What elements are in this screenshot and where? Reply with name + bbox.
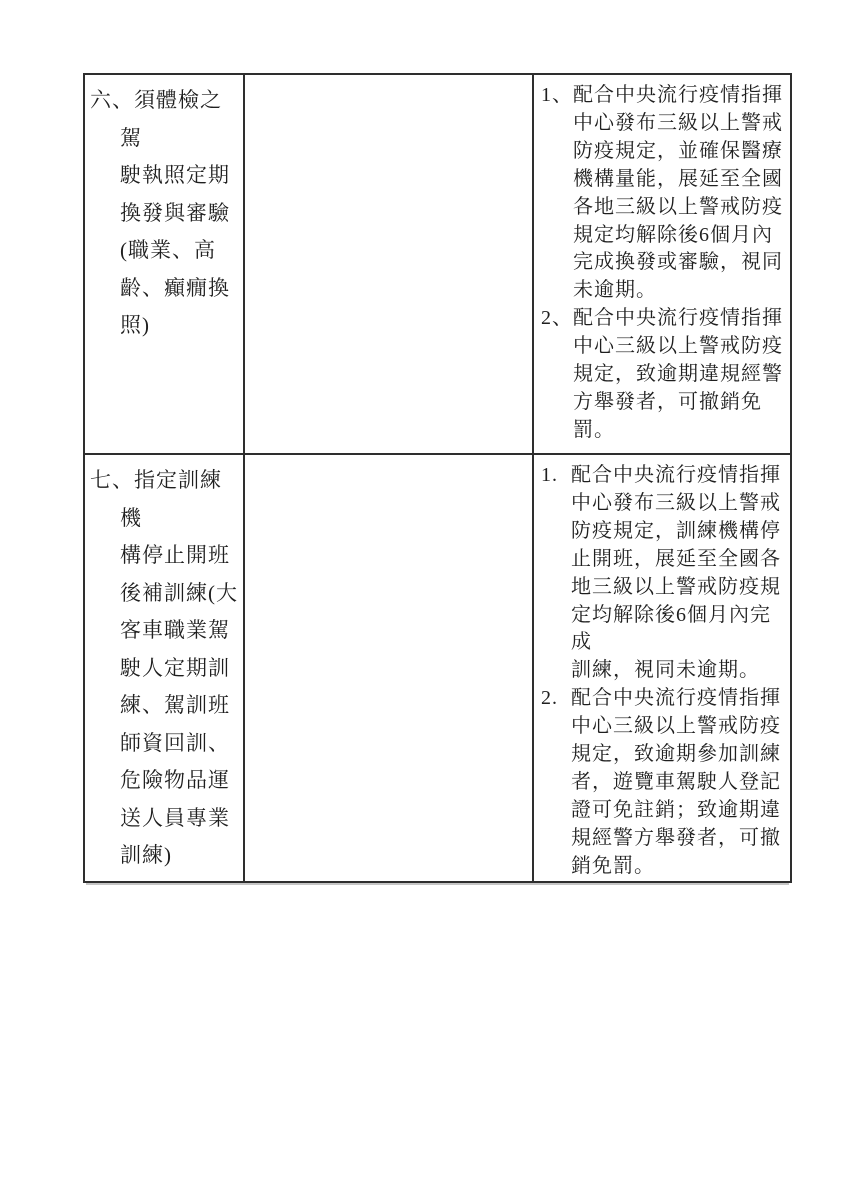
table-row-six: 六、須體檢之駕 駛執照定期 換發與審驗 (職業、高 齡、癲癇換 照) 1、 配合… — [84, 74, 791, 454]
scanned-document-page: 六、須體檢之駕 駛執照定期 換發與審驗 (職業、高 齡、癲癇換 照) 1、 配合… — [0, 0, 848, 1200]
item-marker: 2、 — [541, 305, 573, 333]
detail-cell-six: 1、 配合中央流行疫情指揮 中心發布三級以上警戒 防疫規定，並確保醫療 機構量能… — [533, 74, 791, 454]
empty-middle-cell-six — [244, 74, 533, 454]
item-text: 配合中央流行疫情指揮 中心三級以上警戒防疫 規定，致逾期參加訓練 者，遊覽車駕駛… — [571, 685, 789, 880]
list-item: 1、 配合中央流行疫情指揮 中心發布三級以上警戒 防疫規定，並確保醫療 機構量能… — [541, 82, 789, 305]
item-text: 配合中央流行疫情指揮 中心發布三級以上警戒 防疫規定，並確保醫療 機構量能，展延… — [573, 82, 789, 305]
detail-cell-seven: 1. 配合中央流行疫情指揮 中心發布三級以上警戒 防疫規定，訓練機構停 止開班，… — [533, 454, 791, 882]
topic-cell-seven: 七、指定訓練機 構停止開班 後補訓練(大 客車職業駕 駛人定期訓 練、駕訓班 師… — [84, 454, 244, 882]
table-row-seven: 七、指定訓練機 構停止開班 後補訓練(大 客車職業駕 駛人定期訓 練、駕訓班 師… — [84, 454, 791, 882]
list-item: 2. 配合中央流行疫情指揮 中心三級以上警戒防疫 規定，致逾期參加訓練 者，遊覽… — [541, 685, 789, 880]
item-text: 配合中央流行疫情指揮 中心發布三級以上警戒 防疫規定，訓練機構停 止開班，展延至… — [571, 462, 789, 685]
row-title-six: 六、須體檢之駕 駛執照定期 換發與審驗 (職業、高 齡、癲癇換 照) — [90, 82, 240, 345]
list-item: 1. 配合中央流行疫情指揮 中心發布三級以上警戒 防疫規定，訓練機構停 止開班，… — [541, 462, 789, 685]
item-text: 配合中央流行疫情指揮 中心三級以上警戒防疫 規定，致逾期違規經警 方舉發者，可撤… — [573, 305, 789, 445]
row-title-seven: 七、指定訓練機 構停止開班 後補訓練(大 客車職業駕 駛人定期訓 練、駕訓班 師… — [90, 462, 240, 875]
item-marker: 1. — [541, 462, 571, 490]
item-marker: 1、 — [541, 82, 573, 110]
regulation-table: 六、須體檢之駕 駛執照定期 換發與審驗 (職業、高 齡、癲癇換 照) 1、 配合… — [83, 73, 792, 883]
empty-middle-cell-seven — [244, 454, 533, 882]
topic-cell-six: 六、須體檢之駕 駛執照定期 換發與審驗 (職業、高 齡、癲癇換 照) — [84, 74, 244, 454]
item-marker: 2. — [541, 685, 571, 713]
list-item: 2、 配合中央流行疫情指揮 中心三級以上警戒防疫 規定，致逾期違規經警 方舉發者… — [541, 305, 789, 445]
